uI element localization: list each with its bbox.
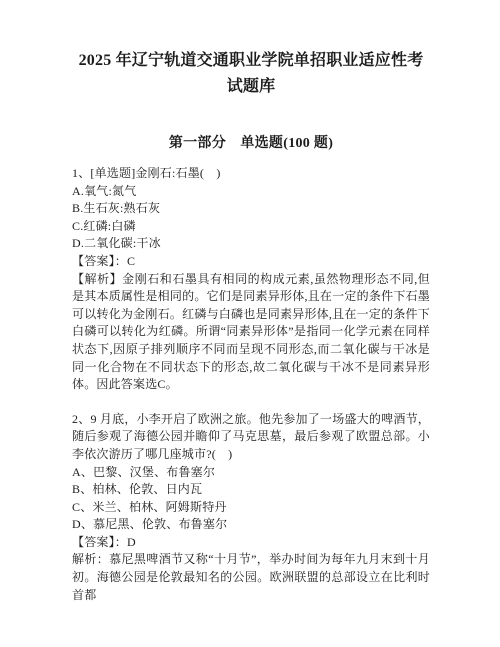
question-2-stem: 2、9 月底，小李开启了欧洲之旅。他先参加了一场盛大的啤酒节，随后参观了海德公园… (72, 411, 430, 464)
question-2-analysis: 解析：慕尼黑啤酒节又称“十月节”，举办时间为每年九月末到十月初。海德公园是伦敦最… (72, 551, 430, 604)
question-1-analysis: 【解析】金刚石和石墨具有相同的构成元素,虽然物理形态不同,但是其本质属性是相同的… (72, 271, 430, 394)
question-1-option-c: C.红磷:白磷 (72, 218, 430, 236)
question-1: 1、[单选题]金刚石:石墨( ) A.氧气:氮气 B.生石灰:熟石灰 C.红磷:… (72, 165, 430, 394)
question-2-answer: 【答案】：D (72, 534, 430, 552)
question-1-answer: 【答案】：C (72, 253, 430, 271)
question-2: 2、9 月底，小李开启了欧洲之旅。他先参加了一场盛大的啤酒节，随后参观了海德公园… (72, 411, 430, 605)
question-2-option-a: A、巴黎、汉堡、布鲁塞尔 (72, 464, 430, 482)
question-1-stem: 1、[单选题]金刚石:石墨( ) (72, 165, 430, 183)
question-2-option-b: B、柏林、伦敦、日内瓦 (72, 481, 430, 499)
question-1-option-d: D.二氧化碳:干冰 (72, 235, 430, 253)
exam-document-page: 2025 年辽宁轨道交通职业学院单招职业适应性考试题库 第一部分 单选题(100… (0, 0, 500, 647)
section-heading: 第一部分 单选题(100 题) (72, 132, 430, 152)
question-1-option-b: B.生石灰:熟石灰 (72, 200, 430, 218)
question-2-option-c: C、米兰、柏林、阿姆斯特丹 (72, 499, 430, 517)
question-2-option-d: D、慕尼黑、伦敦、布鲁塞尔 (72, 516, 430, 534)
question-1-option-a: A.氧气:氮气 (72, 183, 430, 201)
page-title: 2025 年辽宁轨道交通职业学院单招职业适应性考试题库 (72, 48, 430, 100)
